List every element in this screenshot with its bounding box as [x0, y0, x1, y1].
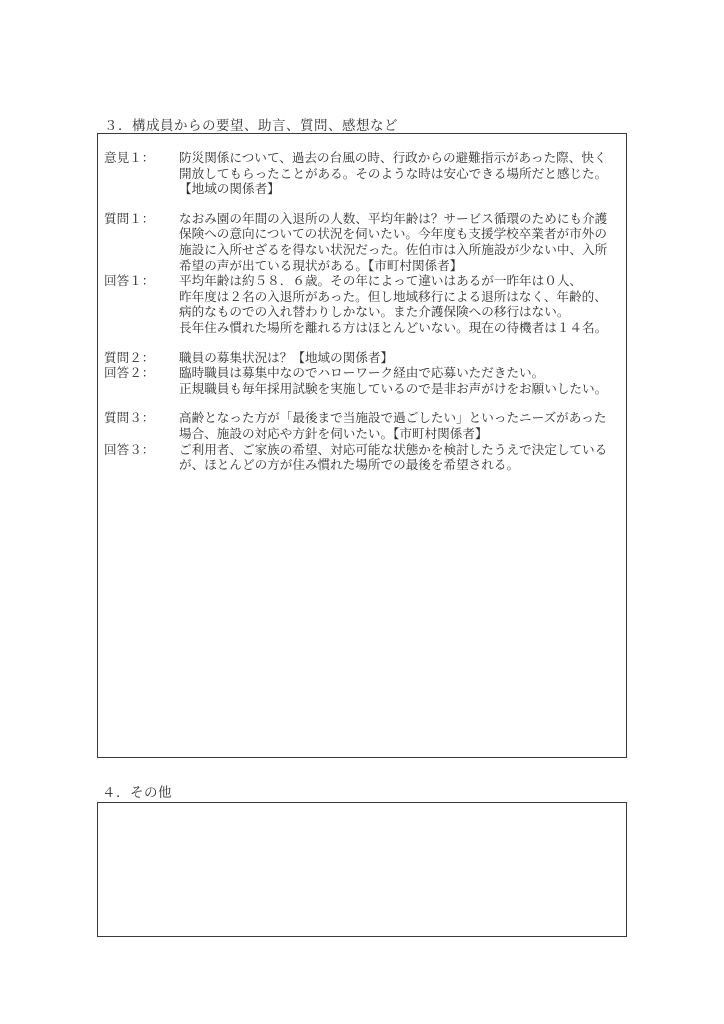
answer-3: 回答３： ご利用者、ご家族の希望、対応可能な状態かを検討したうえで決定している …: [104, 442, 624, 473]
section-4-box: [97, 802, 627, 937]
entry-label: 回答３：: [104, 442, 179, 473]
question-2: 質問２： 職員の募集状況は？【地域の関係者】: [104, 350, 624, 366]
answer-2: 回答２： 臨時職員は募集中なのでハローワーク経由で応募いただきたい。 正規職員も…: [104, 365, 624, 396]
entry-text: 平均年齢は約５８．６歳。その年によって違いはあるが一昨年は０人、 昨年度は２名の…: [179, 273, 624, 335]
entry-text: 職員の募集状況は？【地域の関係者】: [179, 350, 624, 366]
entry-label: 質問２：: [104, 350, 179, 366]
spacer: [104, 197, 624, 211]
entry-text: 高齢となった方が「最後まで当施設で過ごしたい」といったニーズがあった 場合、施設…: [179, 410, 624, 441]
question-3: 質問３： 高齢となった方が「最後まで当施設で過ごしたい」といったニーズがあった …: [104, 410, 624, 441]
entry-text: なおみ園の年間の入退所の人数、平均年齢は？サービス循環のためにも介護 保険への意…: [179, 211, 624, 273]
entry-label: 回答１：: [104, 273, 179, 335]
entry-text: 防災関係について、過去の台風の時、行政からの避難指示があった際、快く 開放しても…: [179, 150, 624, 197]
spacer: [104, 396, 624, 410]
section-3-title: ３．構成員からの要望、助言、質問、感想など: [104, 114, 398, 134]
entry-label: 意見１：: [104, 150, 179, 197]
answer-1: 回答１： 平均年齢は約５８．６歳。その年によって違いはあるが一昨年は０人、 昨年…: [104, 273, 624, 335]
section-3-entries: 意見１： 防災関係について、過去の台風の時、行政からの避難指示があった際、快く …: [104, 150, 624, 473]
spacer: [104, 336, 624, 350]
question-1: 質問１： なおみ園の年間の入退所の人数、平均年齢は？サービス循環のためにも介護 …: [104, 211, 624, 273]
section-3-box: 意見１： 防災関係について、過去の台風の時、行政からの避難指示があった際、快く …: [97, 133, 627, 758]
entry-label: 回答２：: [104, 365, 179, 396]
section-4-title: ４．その他: [102, 781, 172, 801]
entry-label: 質問１：: [104, 211, 179, 273]
entry-text: ご利用者、ご家族の希望、対応可能な状態かを検討したうえで決定している が、ほとん…: [179, 442, 624, 473]
entry-text: 臨時職員は募集中なのでハローワーク経由で応募いただきたい。 正規職員も毎年採用試…: [179, 365, 624, 396]
entry-label: 質問３：: [104, 410, 179, 441]
opinion-1: 意見１： 防災関係について、過去の台風の時、行政からの避難指示があった際、快く …: [104, 150, 624, 197]
